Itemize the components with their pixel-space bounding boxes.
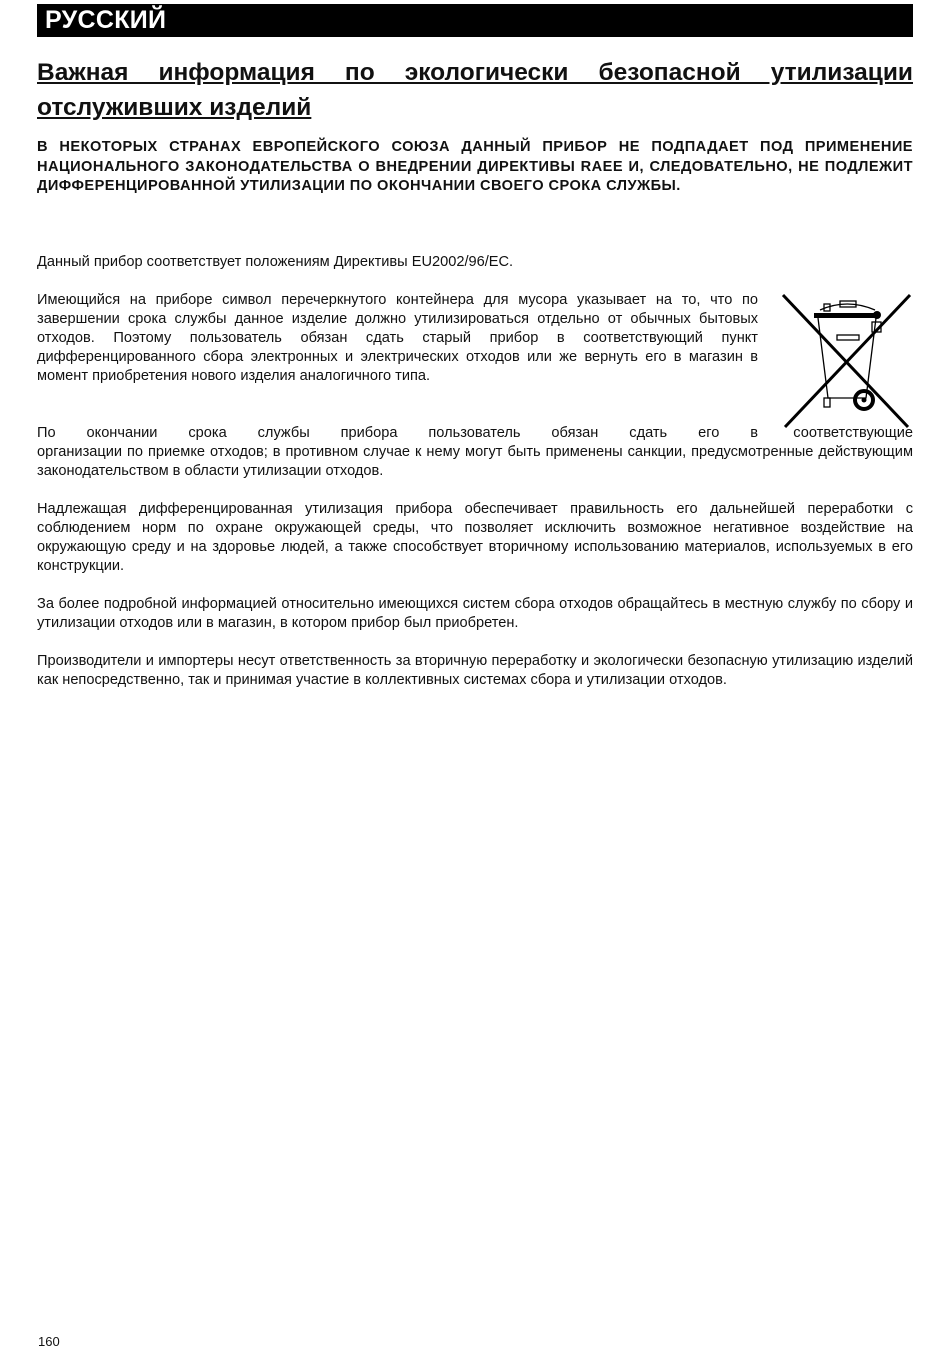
obligation-paragraph-first-line: По окончании срока службы прибора пользо… [37, 424, 758, 443]
eu-notice: В НЕКОТОРЫХ СТРАНАХ ЕВРОПЕЙСКОГО СОЮЗА Д… [37, 138, 913, 197]
symbol-paragraph: Имеющийся на приборе символ перечеркнуто… [37, 291, 758, 386]
directive-paragraph: Данный прибор соответствует положениям Д… [37, 253, 913, 272]
language-header: РУССКИЙ [37, 4, 913, 37]
crossed-out-wheelie-bin-icon [780, 290, 913, 430]
producer-responsibility-paragraph: Производители и импортеры несут ответств… [37, 652, 913, 690]
page-title: Важная информация по экологически безопа… [37, 55, 913, 125]
disposal-benefits-paragraph: Надлежащая дифференцированная утилизация… [37, 500, 913, 576]
obligation-paragraph: По окончании срока службы прибора пользо… [37, 424, 913, 481]
page-number: 160 [38, 1334, 60, 1349]
more-info-paragraph: За более подробной информацией относител… [37, 595, 913, 633]
